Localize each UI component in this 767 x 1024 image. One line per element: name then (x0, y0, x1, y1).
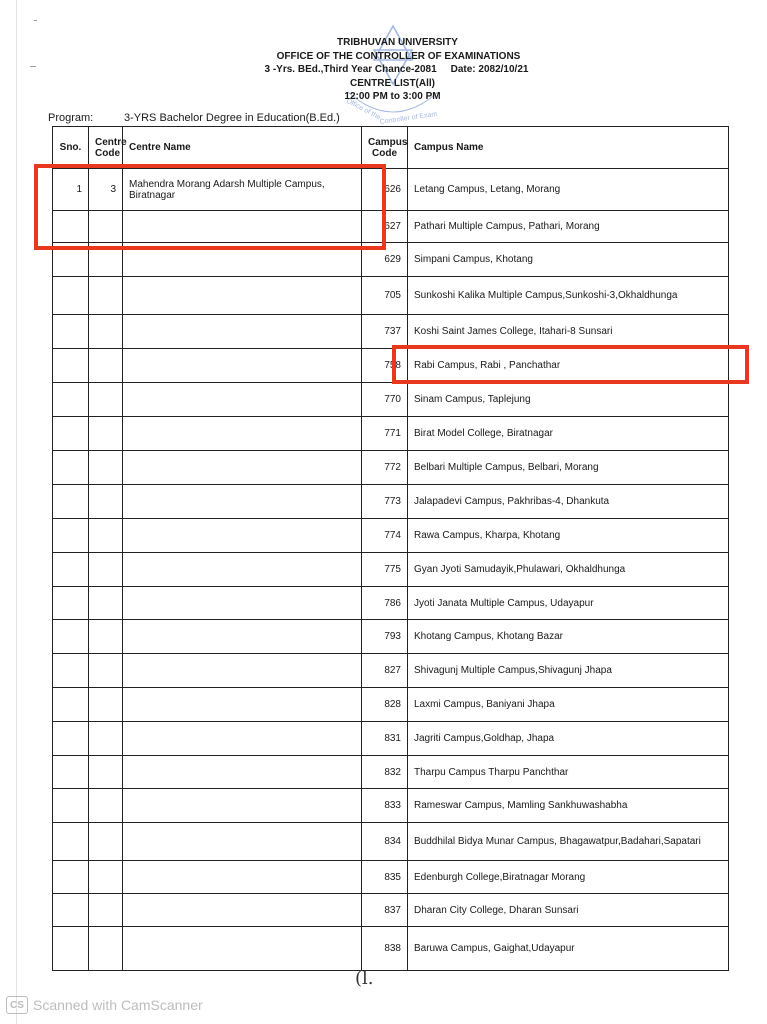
cell-sno (53, 789, 89, 823)
cell-centre-name (123, 756, 362, 789)
cell-centre-code (89, 451, 123, 485)
cell-campus-name: Letang Campus, Letang, Morang (408, 169, 729, 211)
program-line: Program: 3-YRS Bachelor Degree in Educat… (48, 112, 93, 124)
cell-centre-name (123, 688, 362, 722)
cell-centre-name (123, 243, 362, 277)
cell-campus-code: 838 (362, 927, 408, 971)
cell-campus-name: Sinam Campus, Taplejung (408, 383, 729, 417)
cell-centre-code (89, 620, 123, 654)
cell-sno (53, 519, 89, 553)
table-row: 838Baruwa Campus, Gaighat,Udayapur (53, 927, 729, 971)
cell-centre-code (89, 485, 123, 519)
cell-sno: 1 (53, 169, 89, 211)
cell-campus-name: Khotang Campus, Khotang Bazar (408, 620, 729, 654)
cell-sno (53, 894, 89, 927)
cell-sno (53, 927, 89, 971)
exam-name: 3 -Yrs. BEd.,Third Year Chance-2081 (265, 64, 437, 75)
cell-centre-name (123, 587, 362, 620)
cell-campus-code: 833 (362, 789, 408, 823)
cell-centre-code (89, 861, 123, 894)
cell-sno (53, 823, 89, 861)
cell-campus-name: Edenburgh College,Biratnagar Morang (408, 861, 729, 894)
table-row: 774Rawa Campus, Kharpa, Khotang (53, 519, 729, 553)
program-label: Program: (48, 112, 93, 124)
cell-centre-name (123, 654, 362, 688)
cell-centre-name (123, 315, 362, 349)
cell-campus-code: 626 (362, 169, 408, 211)
cell-campus-code: 775 (362, 553, 408, 587)
cell-centre-name (123, 722, 362, 756)
cell-centre-name (123, 789, 362, 823)
cell-campus-name: Shivagunj Multiple Campus,Shivagunj Jhap… (408, 654, 729, 688)
table-row: 837Dharan City College, Dharan Sunsari (53, 894, 729, 927)
table-row: 835Edenburgh College,Biratnagar Morang (53, 861, 729, 894)
table-row: 737Koshi Saint James College, Itahari-8 … (53, 315, 729, 349)
cell-centre-name (123, 383, 362, 417)
cell-sno (53, 417, 89, 451)
cell-centre-code (89, 383, 123, 417)
cell-sno (53, 451, 89, 485)
table-row: 828Laxmi Campus, Baniyani Jhapa (53, 688, 729, 722)
cell-campus-name: Jyoti Janata Multiple Campus, Udayapur (408, 587, 729, 620)
scan-mark (34, 20, 37, 21)
cell-sno (53, 688, 89, 722)
cell-sno (53, 383, 89, 417)
cell-centre-code (89, 553, 123, 587)
cell-sno (53, 756, 89, 789)
list-title: CENTRE LIST(All) (18, 77, 767, 91)
camscanner-watermark: CS Scanned with CamScanner (6, 996, 203, 1014)
table-body: 13Mahendra Morang Adarsh Multiple Campus… (53, 169, 729, 971)
cell-sno (53, 243, 89, 277)
cell-centre-name (123, 927, 362, 971)
cell-centre-code: 3 (89, 169, 123, 211)
cell-campus-name: Tharpu Campus Tharpu Panchthar (408, 756, 729, 789)
cell-campus-name: Jalapadevi Campus, Pakhribas-4, Dhankuta (408, 485, 729, 519)
header-centre-name: Centre Name (123, 127, 362, 169)
cell-campus-code: 758 (362, 349, 408, 383)
cell-campus-code: 773 (362, 485, 408, 519)
cell-centre-name (123, 823, 362, 861)
cell-campus-name: Simpani Campus, Khotang (408, 243, 729, 277)
office-name: OFFICE OF THE CONTROLLER OF EXAMINATIONS (30, 50, 767, 64)
cell-campus-code: 831 (362, 722, 408, 756)
cell-campus-code: 770 (362, 383, 408, 417)
cell-sno (53, 349, 89, 383)
cell-sno (53, 654, 89, 688)
cell-centre-name (123, 211, 362, 243)
cell-sno (53, 211, 89, 243)
cell-campus-name: Koshi Saint James College, Itahari-8 Sun… (408, 315, 729, 349)
cell-campus-code: 629 (362, 243, 408, 277)
cell-campus-name: Rawa Campus, Kharpa, Khotang (408, 519, 729, 553)
table-row: 832Tharpu Campus Tharpu Panchthar (53, 756, 729, 789)
cell-centre-name (123, 277, 362, 315)
cell-centre-code (89, 722, 123, 756)
header-campus-code: Campus Code (362, 127, 408, 169)
table-row: 13Mahendra Morang Adarsh Multiple Campus… (53, 169, 729, 211)
cell-campus-name: Buddhilal Bidya Munar Campus, Bhagawatpu… (408, 823, 729, 861)
cell-centre-name (123, 485, 362, 519)
table-row: 771Birat Model College, Biratnagar (53, 417, 729, 451)
cell-campus-code: 837 (362, 894, 408, 927)
cell-centre-name (123, 519, 362, 553)
table-row: 833Rameswar Campus, Mamling Sankhuwashab… (53, 789, 729, 823)
cell-campus-name: Pathari Multiple Campus, Pathari, Morang (408, 211, 729, 243)
table-row: 629Simpani Campus, Khotang (53, 243, 729, 277)
cell-centre-name (123, 861, 362, 894)
table-row: 775Gyan Jyoti Samudayik,Phulawari, Okhal… (53, 553, 729, 587)
cell-campus-name: Rameswar Campus, Mamling Sankhuwashabha (408, 789, 729, 823)
cell-campus-code: 705 (362, 277, 408, 315)
cell-centre-code (89, 688, 123, 722)
header-sno: Sno. (53, 127, 89, 169)
table-row: 834Buddhilal Bidya Munar Campus, Bhagawa… (53, 823, 729, 861)
camscanner-text: Scanned with CamScanner (33, 997, 203, 1013)
document-header: TRIBHUVAN UNIVERSITY OFFICE OF THE CONTR… (0, 36, 767, 104)
cell-campus-name: Dharan City College, Dharan Sunsari (408, 894, 729, 927)
header-centre-code: Centre Code (89, 127, 123, 169)
table-row: 772Belbari Multiple Campus, Belbari, Mor… (53, 451, 729, 485)
cell-centre-name: Mahendra Morang Adarsh Multiple Campus, … (123, 169, 362, 211)
cell-centre-code (89, 654, 123, 688)
cell-campus-code: 835 (362, 861, 408, 894)
cell-centre-code (89, 277, 123, 315)
cell-campus-code: 793 (362, 620, 408, 654)
cell-campus-name: Belbari Multiple Campus, Belbari, Morang (408, 451, 729, 485)
centre-list-table: Sno. Centre Code Centre Name Campus Code… (52, 126, 729, 971)
cell-campus-name: Sunkoshi Kalika Multiple Campus,Sunkoshi… (408, 277, 729, 315)
cell-centre-code (89, 927, 123, 971)
cell-centre-name (123, 553, 362, 587)
cell-sno (53, 722, 89, 756)
table-row: 773Jalapadevi Campus, Pakhribas-4, Dhank… (53, 485, 729, 519)
cell-centre-code (89, 789, 123, 823)
header-campus-name: Campus Name (408, 127, 729, 169)
cell-centre-code (89, 315, 123, 349)
cell-centre-name (123, 349, 362, 383)
cell-campus-name: Gyan Jyoti Samudayik,Phulawari, Okhaldhu… (408, 553, 729, 587)
cell-centre-code (89, 211, 123, 243)
cell-centre-code (89, 587, 123, 620)
cell-centre-name (123, 451, 362, 485)
table-row: 627Pathari Multiple Campus, Pathari, Mor… (53, 211, 729, 243)
cell-campus-code: 771 (362, 417, 408, 451)
cell-campus-name: Baruwa Campus, Gaighat,Udayapur (408, 927, 729, 971)
cell-campus-code: 737 (362, 315, 408, 349)
cell-sno (53, 861, 89, 894)
table-row: 770Sinam Campus, Taplejung (53, 383, 729, 417)
cell-sno (53, 277, 89, 315)
cell-campus-code: 772 (362, 451, 408, 485)
cell-campus-code: 834 (362, 823, 408, 861)
page-edge (16, 0, 17, 1024)
cell-campus-code: 774 (362, 519, 408, 553)
cell-centre-code (89, 756, 123, 789)
cell-sno (53, 553, 89, 587)
cell-centre-name (123, 417, 362, 451)
cell-centre-code (89, 519, 123, 553)
cell-sno (53, 485, 89, 519)
handwritten-mark: (l. (355, 968, 374, 989)
table-row: 758Rabi Campus, Rabi , Panchathar (53, 349, 729, 383)
table-row: 827Shivagunj Multiple Campus,Shivagunj J… (53, 654, 729, 688)
cell-sno (53, 620, 89, 654)
table-row: 831Jagriti Campus,Goldhap, Jhapa (53, 722, 729, 756)
cell-campus-code: 627 (362, 211, 408, 243)
cell-campus-name: Birat Model College, Biratnagar (408, 417, 729, 451)
cell-campus-code: 832 (362, 756, 408, 789)
table-row: 786Jyoti Janata Multiple Campus, Udayapu… (53, 587, 729, 620)
exam-line: 3 -Yrs. BEd.,Third Year Chance-2081Date:… (26, 63, 767, 77)
cell-centre-code (89, 823, 123, 861)
cell-campus-name: Jagriti Campus,Goldhap, Jhapa (408, 722, 729, 756)
cell-campus-code: 786 (362, 587, 408, 620)
table-row: 705Sunkoshi Kalika Multiple Campus,Sunko… (53, 277, 729, 315)
cell-centre-name (123, 894, 362, 927)
cell-centre-code (89, 243, 123, 277)
cell-sno (53, 587, 89, 620)
exam-time: 12:00 PM to 3:00 PM (18, 90, 767, 104)
cell-centre-code (89, 349, 123, 383)
svg-text:Controller of Exam: Controller of Exam (379, 111, 438, 126)
university-name: TRIBHUVAN UNIVERSITY (28, 36, 767, 50)
exam-date: Date: 2082/10/21 (451, 64, 529, 75)
cell-campus-name: Rabi Campus, Rabi , Panchathar (408, 349, 729, 383)
cell-centre-name (123, 620, 362, 654)
cell-campus-name: Laxmi Campus, Baniyani Jhapa (408, 688, 729, 722)
cell-centre-code (89, 894, 123, 927)
cell-sno (53, 315, 89, 349)
camscanner-logo-icon: CS (6, 996, 28, 1014)
program-value: 3-YRS Bachelor Degree in Education(B.Ed.… (124, 112, 340, 124)
table-row: 793Khotang Campus, Khotang Bazar (53, 620, 729, 654)
cell-centre-code (89, 417, 123, 451)
cell-campus-code: 828 (362, 688, 408, 722)
cell-campus-code: 827 (362, 654, 408, 688)
